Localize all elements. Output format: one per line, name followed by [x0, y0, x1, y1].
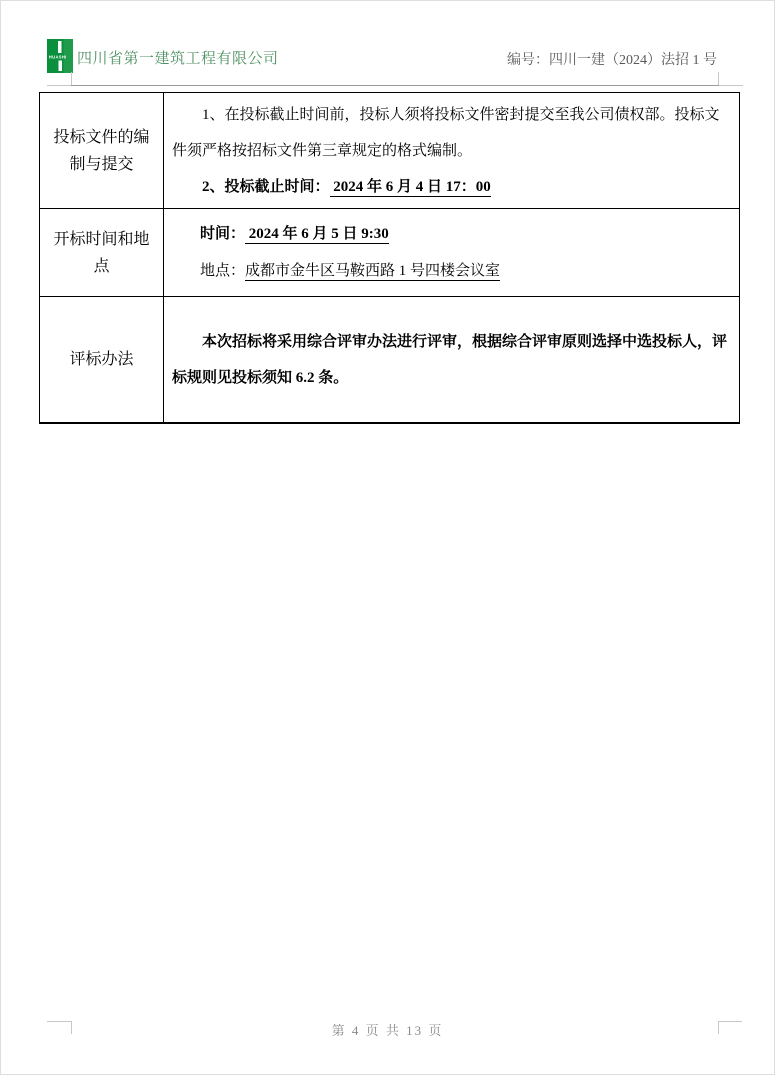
company-name: 四川省第一建筑工程有限公司 [77, 47, 279, 68]
crop-mark-bottom-left-v [71, 1021, 72, 1034]
row-label-bid-submission: 投标文件的编 制与提交 [40, 93, 164, 208]
table-row-bid-opening: 开标时间和地 点 时间： 2024 年 6 月 5 日 9:30 地点：成都市金… [40, 209, 739, 297]
opening-time-line: 时间： 2024 年 6 月 5 日 9:30 [200, 216, 733, 253]
row-label-bid-opening: 开标时间和地 点 [40, 209, 164, 296]
opening-time-label: 时间： [200, 226, 245, 242]
crop-mark-top-left-h [47, 85, 71, 86]
table-row-bid-submission: 投标文件的编 制与提交 1、在投标截止时间前，投标人须将投标文件密封提交至我公司… [40, 93, 739, 209]
opening-place-label: 地点： [200, 263, 245, 279]
page-number: 第 4 页 共 13 页 [1, 1020, 774, 1039]
table-row-evaluation-method: 评标办法 本次招标将采用综合评审办法进行评审，根据综合评审原则选择中选投标人，评… [40, 297, 739, 422]
opening-place-line: 地点：成都市金牛区马鞍西路 1 号四楼会议室 [200, 253, 733, 290]
deadline-label: 2、投标截止时间： [202, 179, 330, 195]
crop-mark-bottom-left-h [47, 1021, 71, 1022]
crop-mark-top-left-v [71, 72, 72, 85]
row-content-bid-opening: 时间： 2024 年 6 月 5 日 9:30 地点：成都市金牛区马鞍西路 1 … [164, 209, 739, 296]
company-logo-icon: HUASHI [47, 39, 73, 73]
document-page: HUASHI 四川省第一建筑工程有限公司 编号：四川一建（2024）法招 1 号… [0, 0, 775, 1075]
header-rule-line [71, 85, 719, 86]
logo-wordmark: HUASHI [49, 55, 67, 60]
row-label-evaluation-method: 评标办法 [40, 297, 164, 422]
row-content-bid-submission: 1、在投标截止时间前，投标人须将投标文件密封提交至我公司债权部。投标文件须严格按… [164, 93, 739, 208]
document-number: 编号：四川一建（2024）法招 1 号 [507, 49, 717, 69]
crop-mark-bottom-right-h [718, 1021, 742, 1022]
crop-mark-bottom-right-v [718, 1021, 719, 1034]
row-content-evaluation-method: 本次招标将采用综合评审办法进行评审，根据综合评审原则选择中选投标人，评标规则见投… [164, 297, 739, 422]
opening-place-value: 成都市金牛区马鞍西路 1 号四楼会议室 [245, 263, 500, 281]
crop-mark-top-right-v [718, 72, 719, 85]
opening-time-value: 2024 年 6 月 5 日 9:30 [245, 226, 389, 244]
bid-info-table: 投标文件的编 制与提交 1、在投标截止时间前，投标人须将投标文件密封提交至我公司… [39, 92, 740, 424]
clause-submission: 1、在投标截止时间前，投标人须将投标文件密封提交至我公司债权部。投标文件须严格按… [172, 97, 733, 169]
crop-mark-top-right-h [719, 85, 743, 86]
deadline-value: 2024 年 6 月 4 日 17：00 [330, 179, 491, 197]
evaluation-method-text: 本次招标将采用综合评审办法进行评审，根据综合评审原则选择中选投标人，评标规则见投… [172, 324, 733, 396]
clause-deadline: 2、投标截止时间： 2024 年 6 月 4 日 17：00 [172, 169, 733, 205]
